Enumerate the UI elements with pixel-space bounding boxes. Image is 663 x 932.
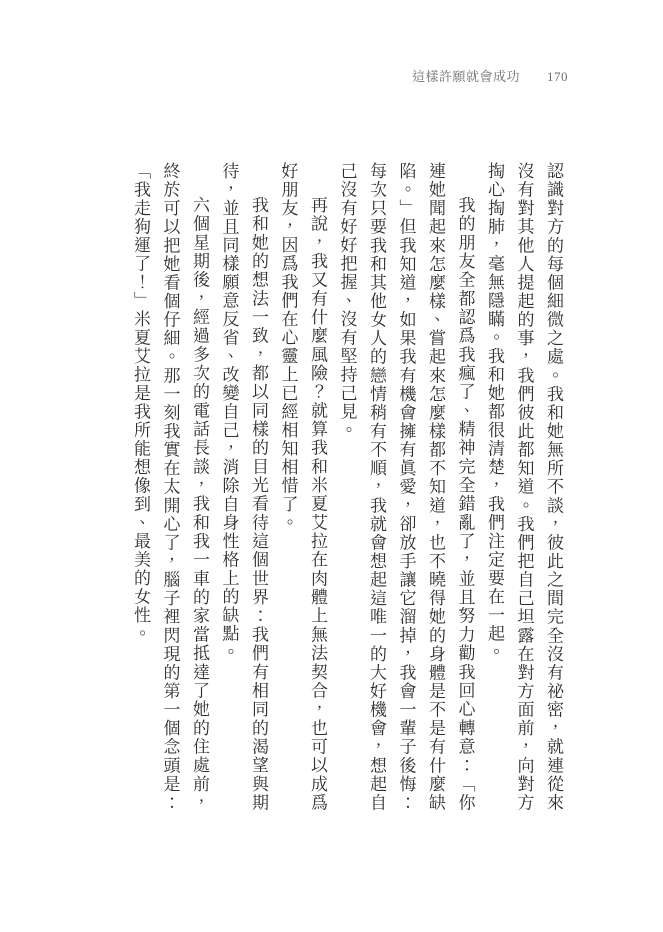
paragraph: 我和她的想法一致，都以同樣的目光看待這個世界：我們有相同的渴望與期待，並且同樣願… (214, 162, 273, 812)
body-text-block: 認識對方的每個細微之處。我和她無所不談，彼此之間完全沒有祕密，就連從來沒有對其他… (126, 162, 569, 812)
book-page: 這樣許願就會成功 170 認識對方的每個細微之處。我和她無所不談，彼此之間完全沒… (0, 0, 663, 932)
running-header: 這樣許願就會成功 170 (412, 66, 568, 88)
paragraph: 我的朋友全都認爲我瘋了、精神完全錯亂了，並且努力勸我回心轉意：「你連她聞起來怎麼… (332, 162, 480, 812)
paragraph: 再說，我又有什麼風險？就算我和米夏艾拉在肉體上無法契合，也可以成爲好朋友，因爲我… (273, 162, 332, 812)
paragraph: 認識對方的每個細微之處。我和她無所不談，彼此之間完全沒有祕密，就連從來沒有對其他… (480, 162, 569, 812)
page-number: 170 (547, 66, 568, 88)
paragraph: 六個星期後，經過多次的電話長談，我和我一車的家當抵達了她的住處前，終於可以把她看… (126, 162, 215, 812)
running-header-title: 這樣許願就會成功 (412, 66, 520, 88)
